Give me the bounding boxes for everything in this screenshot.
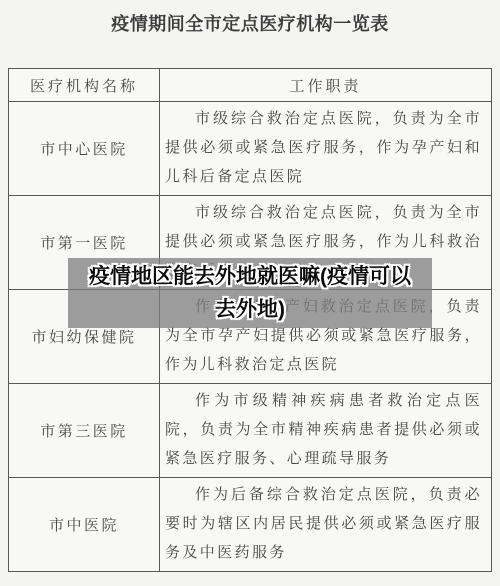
table-row: 市中心医院 市级综合救治定点医院，负责为全市提供必须或紧急医疗服务，作为孕产妇和… — [9, 102, 492, 196]
duty-text: 作为后备综合救治定点医院，负责必要时为辖区内居民提供必须或紧急医疗服务及中医药服… — [160, 479, 491, 570]
table-row: 市第三医院 作为市级精神疾病患者救治定点医院，负责为全市精神疾病患者提供必须或紧… — [9, 384, 492, 478]
duty-cell: 作为后备综合救治定点医院，负责必要时为辖区内居民提供必须或紧急医疗服务及中医药服… — [160, 478, 492, 572]
duty-cell: 市级综合救治定点医院，负责为全市提供必须或紧急医疗服务，作为孕产妇和儿科后备定点… — [160, 102, 492, 196]
duty-cell: 作为市级精神疾病患者救治定点医院，负责为全市精神疾病患者提供必须或紧急医疗服务、… — [160, 384, 492, 478]
institution-name-cell: 市中心医院 — [9, 102, 160, 196]
duty-text: 作为市级精神疾病患者救治定点医院，负责为全市精神疾病患者提供必须或紧急医疗服务、… — [160, 385, 491, 476]
institution-name-cell: 市第三医院 — [9, 384, 160, 478]
watermark-caption-text: 疫情地区能去外地就医嘛(疫情可以去外地) — [82, 260, 418, 326]
column-header-work-duty: 工作职责 — [160, 69, 492, 102]
institution-name-cell: 市中医院 — [9, 478, 160, 572]
duty-text: 市级综合救治定点医院，负责为全市提供必须或紧急医疗服务，作为孕产妇和儿科后备定点… — [160, 103, 491, 194]
table-header-row: 医疗机构名称 工作职责 — [9, 69, 492, 102]
page-title: 疫情期间全市定点医疗机构一览表 — [0, 10, 500, 36]
table-row: 市中医院 作为后备综合救治定点医院，负责必要时为辖区内居民提供必须或紧急医疗服务… — [9, 478, 492, 572]
column-header-institution-name: 医疗机构名称 — [9, 69, 160, 102]
watermark-caption-banner: 疫情地区能去外地就医嘛(疫情可以去外地) — [68, 258, 432, 328]
